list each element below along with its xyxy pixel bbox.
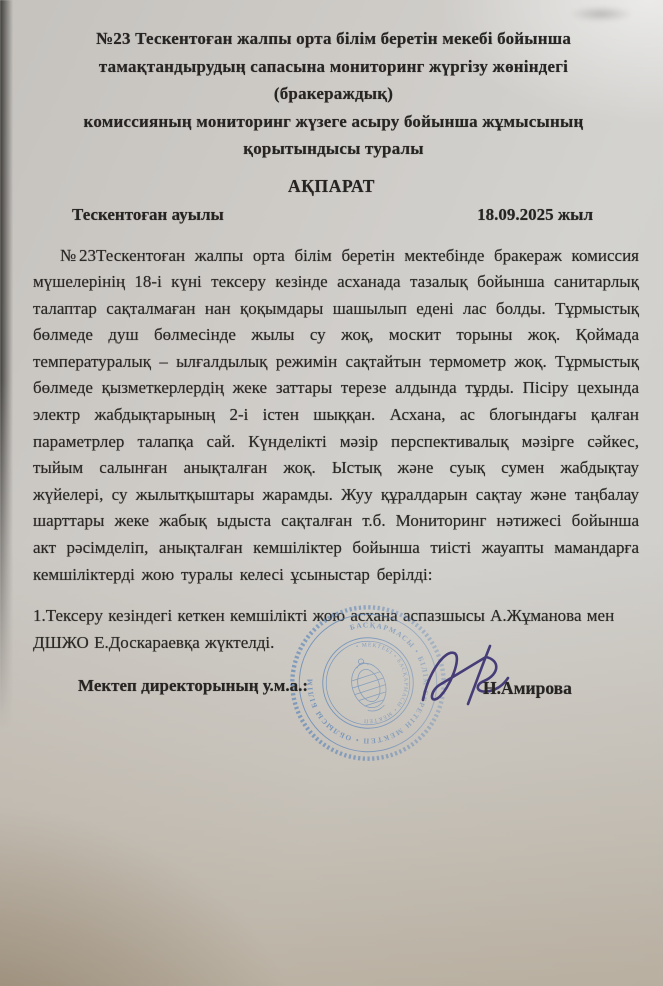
title-line-2: тамақтандырудың сапасына мониторинг жүрг…: [44, 53, 623, 108]
signatory-name: Н.Амирова: [483, 678, 572, 699]
paper-left-edge-shadow: [0, 0, 13, 730]
body-paragraph: №23Тескентоған жалпы орта білім беретін …: [33, 243, 639, 589]
document-photo: №23 Тескентоған жалпы орта білім беретін…: [0, 0, 663, 986]
title-line-1: №23 Тескентоған жалпы орта білім беретін…: [44, 25, 623, 53]
title-line-4: қорытындысы туралы: [44, 135, 623, 163]
date-label: 18.09.2025 жыл: [477, 205, 593, 225]
stamp-emblem-icon: [344, 654, 392, 716]
document-title: №23 Тескентоған жалпы орта білім беретін…: [44, 25, 623, 163]
title-line-3: комиссияның мониторинг жүзеге асыру бойы…: [44, 108, 623, 136]
place-date-row: Тескентоған ауылы 18.09.2025 жыл: [72, 205, 593, 225]
paper-smudge: [569, 6, 633, 22]
document-heading: АҚПАРАТ: [0, 176, 663, 197]
place-label: Тескентоған ауылы: [72, 205, 224, 225]
signature-label: Мектеп директорының у.м.а.:: [78, 676, 308, 696]
